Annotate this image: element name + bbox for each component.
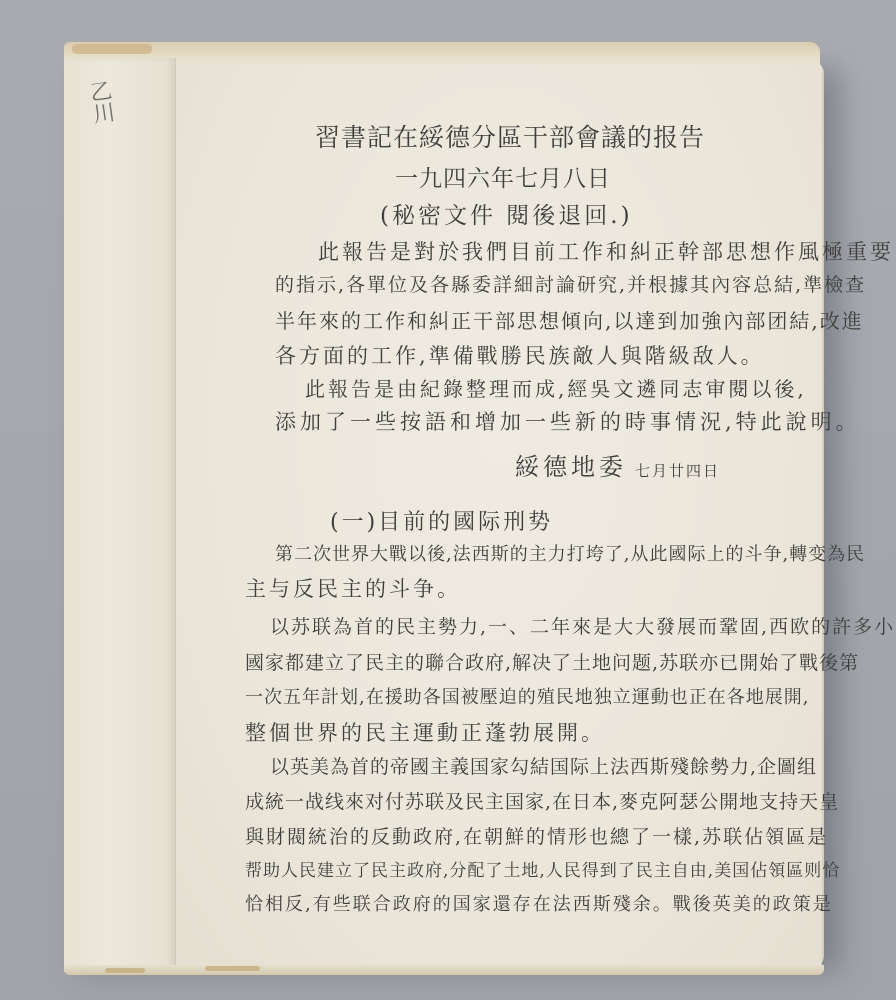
paper-stain bbox=[205, 966, 260, 971]
preface-line: 各方面的工作,準備戰勝民族敵人與階級敌人。 bbox=[275, 340, 765, 370]
preface-line: 此報告是對於我們目前工作和糾正幹部思想作風極重要 bbox=[318, 236, 894, 266]
body-line: 一次五年計划,在援助各国被壓迫的殖民地独立運動也正在各地展開, bbox=[245, 683, 809, 709]
document-date: 一九四六年七月八日 bbox=[395, 160, 611, 193]
preface-line: 的指示,各單位及各縣委詳細討論研究,并根據其內容总結,準檢查 bbox=[275, 270, 866, 297]
body-line: 成統一战线來对付苏联及民主国家,在日本,麥克阿瑟公開地支持天皇 bbox=[245, 787, 839, 814]
flap-handwritten-annotation: 乙川 bbox=[82, 78, 119, 126]
preface-line: 添加了一些按語和增加一些新的時事情況,特此說明。 bbox=[275, 406, 861, 436]
page-bottom-edge bbox=[64, 965, 824, 975]
signature: 綏德地委 bbox=[515, 447, 627, 482]
body-line: 國家都建立了民主的聯合政府,解决了土地问题,苏联亦已開始了戰後第 bbox=[245, 648, 859, 675]
document-title: 習書記在綏德分區干部會議的报告 bbox=[315, 118, 705, 154]
paper-stain bbox=[105, 968, 145, 973]
body-line: 第二次世界大戰以後,法西斯的主力打垮了,从此國际上的斗争,轉变為民 bbox=[275, 540, 865, 566]
preface-line: 半年來的工作和糾正干部思想傾向,以達到加強內部团結,改進 bbox=[275, 305, 864, 334]
body-line: 以苏联為首的民主勢力,一、二年來是大大發展而鞏固,西欧的許多小 bbox=[270, 612, 895, 639]
body-line: 帮助人民建立了民主政府,分配了土地,人民得到了民主自由,美国佔領區则恰 bbox=[245, 856, 840, 881]
section-heading: (一)目前的國际刑势 bbox=[330, 505, 553, 536]
signature-date: 七月廿四日 bbox=[635, 460, 720, 481]
classification-note: (秘密文件 閱後退回.) bbox=[380, 197, 633, 230]
body-line: 以英美為首的帝國主義国家勾結国际上法西斯殘餘勢力,企圖组 bbox=[270, 752, 817, 779]
body-line: 整個世界的民主運動正蓬勃展開。 bbox=[245, 717, 605, 747]
preface-line: 此報告是由紀錄整理而成,經吳文遴同志审閱以後, bbox=[305, 373, 807, 402]
body-line: 與財閥統治的反動政府,在朝鮮的情形也總了一樣,苏联佔領區是 bbox=[245, 822, 828, 849]
body-line: 主与反民主的斗争。 bbox=[245, 573, 461, 603]
folded-left-flap bbox=[64, 58, 176, 972]
body-line: 恰相反,有些联合政府的国家還存在法西斯殘余。戰後英美的政策是 bbox=[245, 890, 833, 916]
